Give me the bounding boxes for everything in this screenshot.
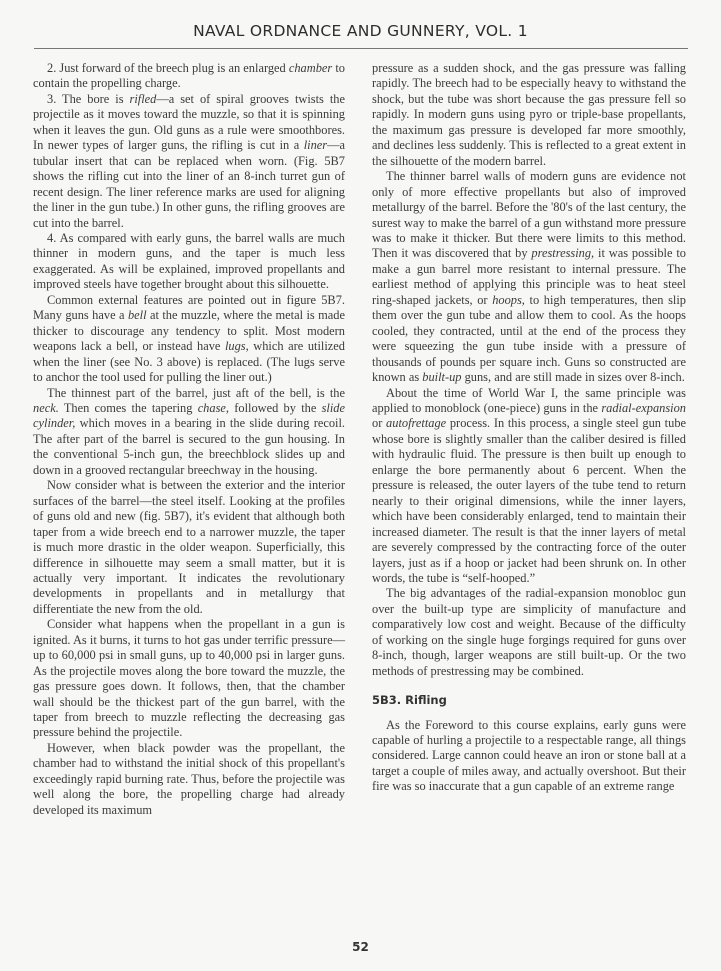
- paragraph-monobloc-advantages: The big advantages of the radial-expansi…: [372, 586, 686, 679]
- paragraph-propellant-ignited: Consider what happens when the propellan…: [33, 617, 345, 741]
- left-column: 2. Just forward of the breech plug is an…: [33, 61, 345, 818]
- paragraph-steel-itself: Now consider what is between the exterio…: [33, 478, 345, 617]
- paragraph-autofrettage: About the time of World War I, the same …: [372, 386, 686, 587]
- section-heading-rifling: 5B3. Rifling: [372, 693, 686, 708]
- paragraph-prestressing: The thinner barrel walls of modern guns …: [372, 169, 686, 385]
- paragraph-neck-chase: The thinnest part of the barrel, just af…: [33, 386, 345, 479]
- right-column: pressure as a sudden shock, and the gas …: [372, 61, 686, 795]
- paragraph-external-features: Common external features are pointed out…: [33, 293, 345, 386]
- paragraph-barrel-walls: 4. As compared with early guns, the barr…: [33, 231, 345, 293]
- paragraph-rifled: 3. The bore is rifled—a set of spiral gr…: [33, 92, 345, 231]
- running-header: NAVAL ORDNANCE AND GUNNERY, VOL. 1: [0, 22, 721, 40]
- paragraph-foreword: As the Foreword to this course explains,…: [372, 718, 686, 795]
- paragraph-sudden-shock: pressure as a sudden shock, and the gas …: [372, 61, 686, 169]
- header-rule: [34, 48, 688, 49]
- paragraph-chamber: 2. Just forward of the breech plug is an…: [33, 61, 345, 92]
- page-number: 52: [0, 940, 721, 954]
- paragraph-black-powder: However, when black powder was the prope…: [33, 741, 345, 818]
